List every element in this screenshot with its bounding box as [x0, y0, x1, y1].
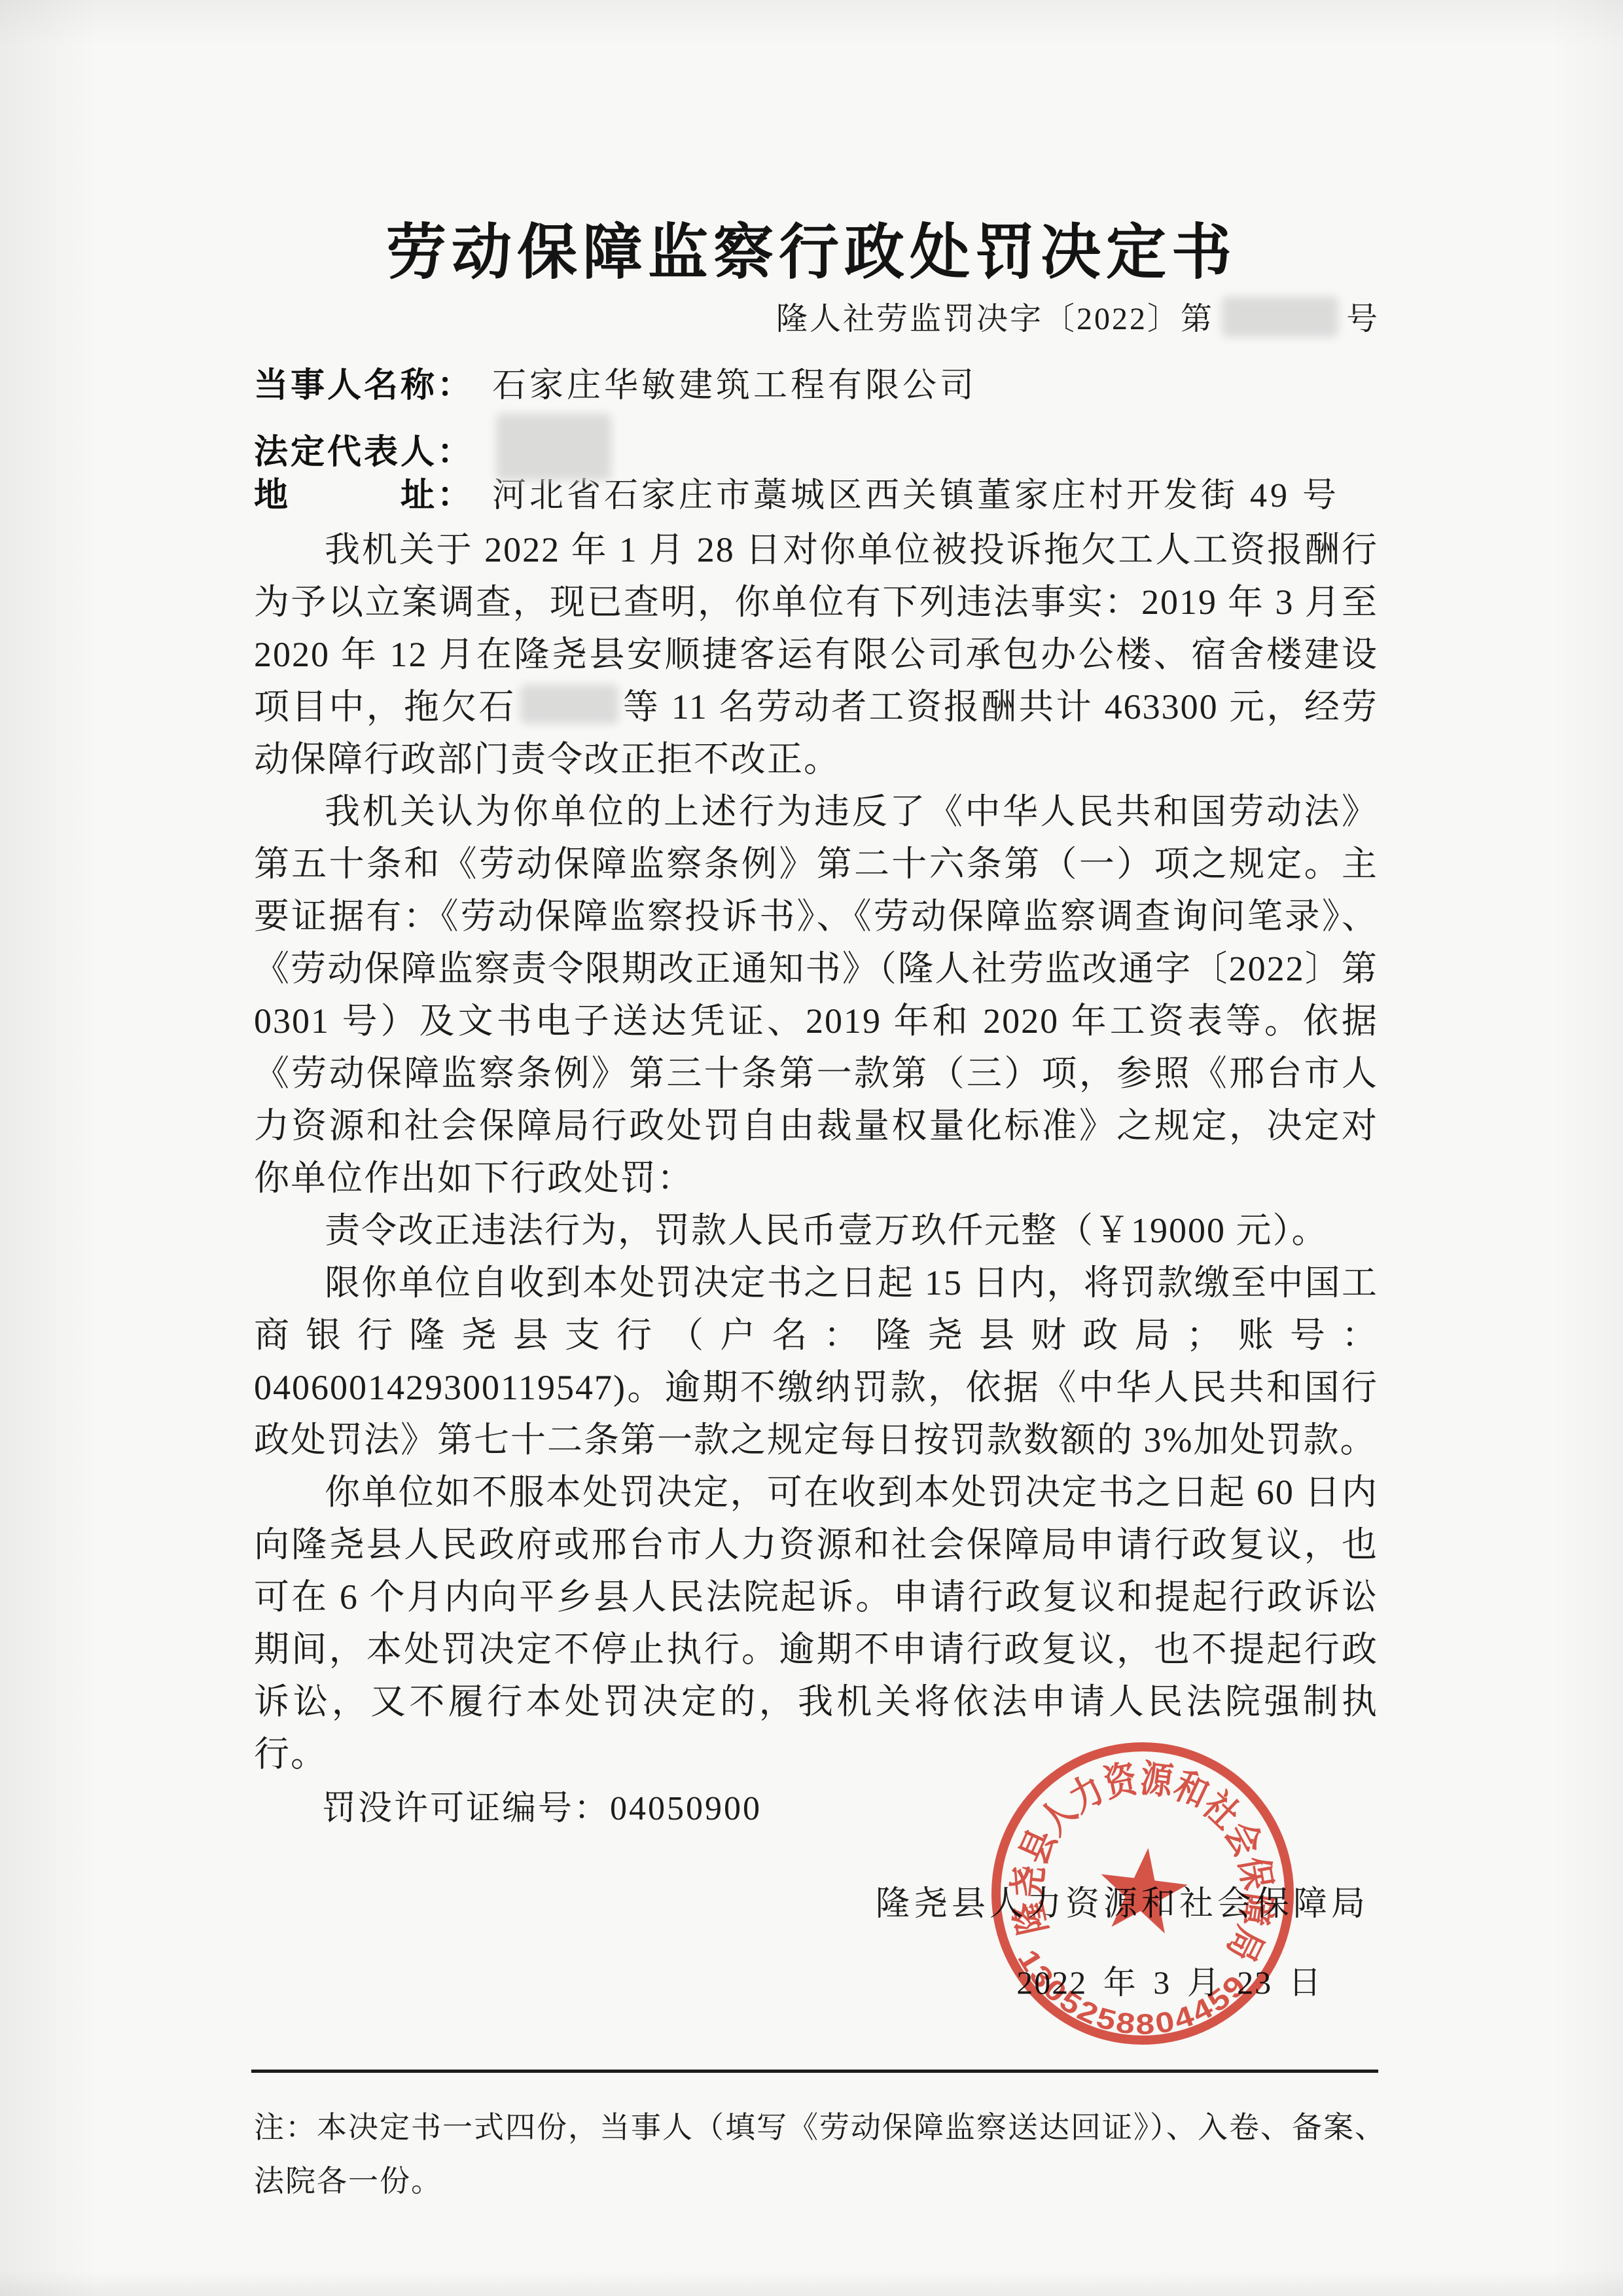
- party-label: 法定代表人：: [254, 434, 474, 471]
- document-title: 劳动保障监察行政处罚决定书: [0, 204, 1623, 291]
- body-paragraph: 我机关认为你单位的上述行为违反了《中华人民共和国劳动法》第五十条和《劳动保障监察…: [254, 785, 1378, 1204]
- decision-date: 2022 年 3 月 23 日: [852, 1956, 1369, 2003]
- body-paragraph: 你单位如不服本处罚决定，可在收到本处罚决定书之日起 60 日内向隆尧县人民政府或…: [254, 1466, 1378, 1780]
- footnote-line: 注：本决定书一式四份，当事人（填写《劳动保障监察送达回证》）、入卷、备案、: [254, 2101, 1393, 2155]
- party-label: 地 址：: [254, 477, 474, 514]
- party-label: 当事人名称：: [254, 367, 474, 404]
- document-number-suffix: 号: [1346, 302, 1380, 336]
- body-paragraph: 责令改正违法行为，罚款人民币壹万玖仟元整（￥19000 元）。: [254, 1204, 1378, 1257]
- footer-divider: [251, 2070, 1378, 2073]
- body-paragraph: 限你单位自收到本处罚决定书之日起 15 日内，将罚款缴至中国工商银行隆尧县支行（…: [254, 1257, 1378, 1466]
- party-info-block: 当事人名称：石家庄华敏建筑工程有限公司法定代表人：地 址：河北省石家庄市藁城区西…: [254, 359, 1382, 524]
- party-row: 地 址：河北省石家庄市藁城区西关镇董家庄村开发街 49 号: [254, 469, 1382, 524]
- body-paragraph: 我机关于 2022 年 1 月 28 日对你单位被投诉拖欠工人工资报酬行为予以立…: [254, 524, 1378, 785]
- party-value: 河北省石家庄市藁城区西关镇董家庄村开发街 49 号: [492, 477, 1340, 514]
- redaction-inline: [520, 685, 618, 724]
- redaction-doc-number: [1222, 296, 1338, 337]
- signature-block: 隆尧县人力资源和社会保障局 2022 年 3 月 23 日: [852, 1876, 1369, 2003]
- party-row: 当事人名称：石家庄华敏建筑工程有限公司: [254, 359, 1382, 414]
- issuing-agency: 隆尧县人力资源和社会保障局: [852, 1876, 1369, 1925]
- footnote-block: 注：本决定书一式四份，当事人（填写《劳动保障监察送达回证》）、入卷、备案、 法院…: [254, 2101, 1393, 2208]
- document-number-prefix: 隆人社劳监罚决字〔2022〕第: [776, 302, 1214, 336]
- scanned-document-page: 劳动保障监察行政处罚决定书 隆人社劳监罚决字〔2022〕第号 当事人名称：石家庄…: [0, 0, 1623, 2296]
- footnote-line: 法院各一份。: [254, 2155, 1393, 2208]
- permit-number-line: 罚没许可证编号：04050900: [254, 1780, 1378, 1829]
- party-value: 石家庄华敏建筑工程有限公司: [492, 367, 977, 404]
- body-paragraphs: 我机关于 2022 年 1 月 28 日对你单位被投诉拖欠工人工资报酬行为予以立…: [254, 524, 1378, 1780]
- document-number-line: 隆人社劳监罚决字〔2022〕第号: [776, 293, 1380, 338]
- redaction-party-value: [496, 414, 611, 480]
- party-row: 法定代表人：: [254, 414, 1382, 469]
